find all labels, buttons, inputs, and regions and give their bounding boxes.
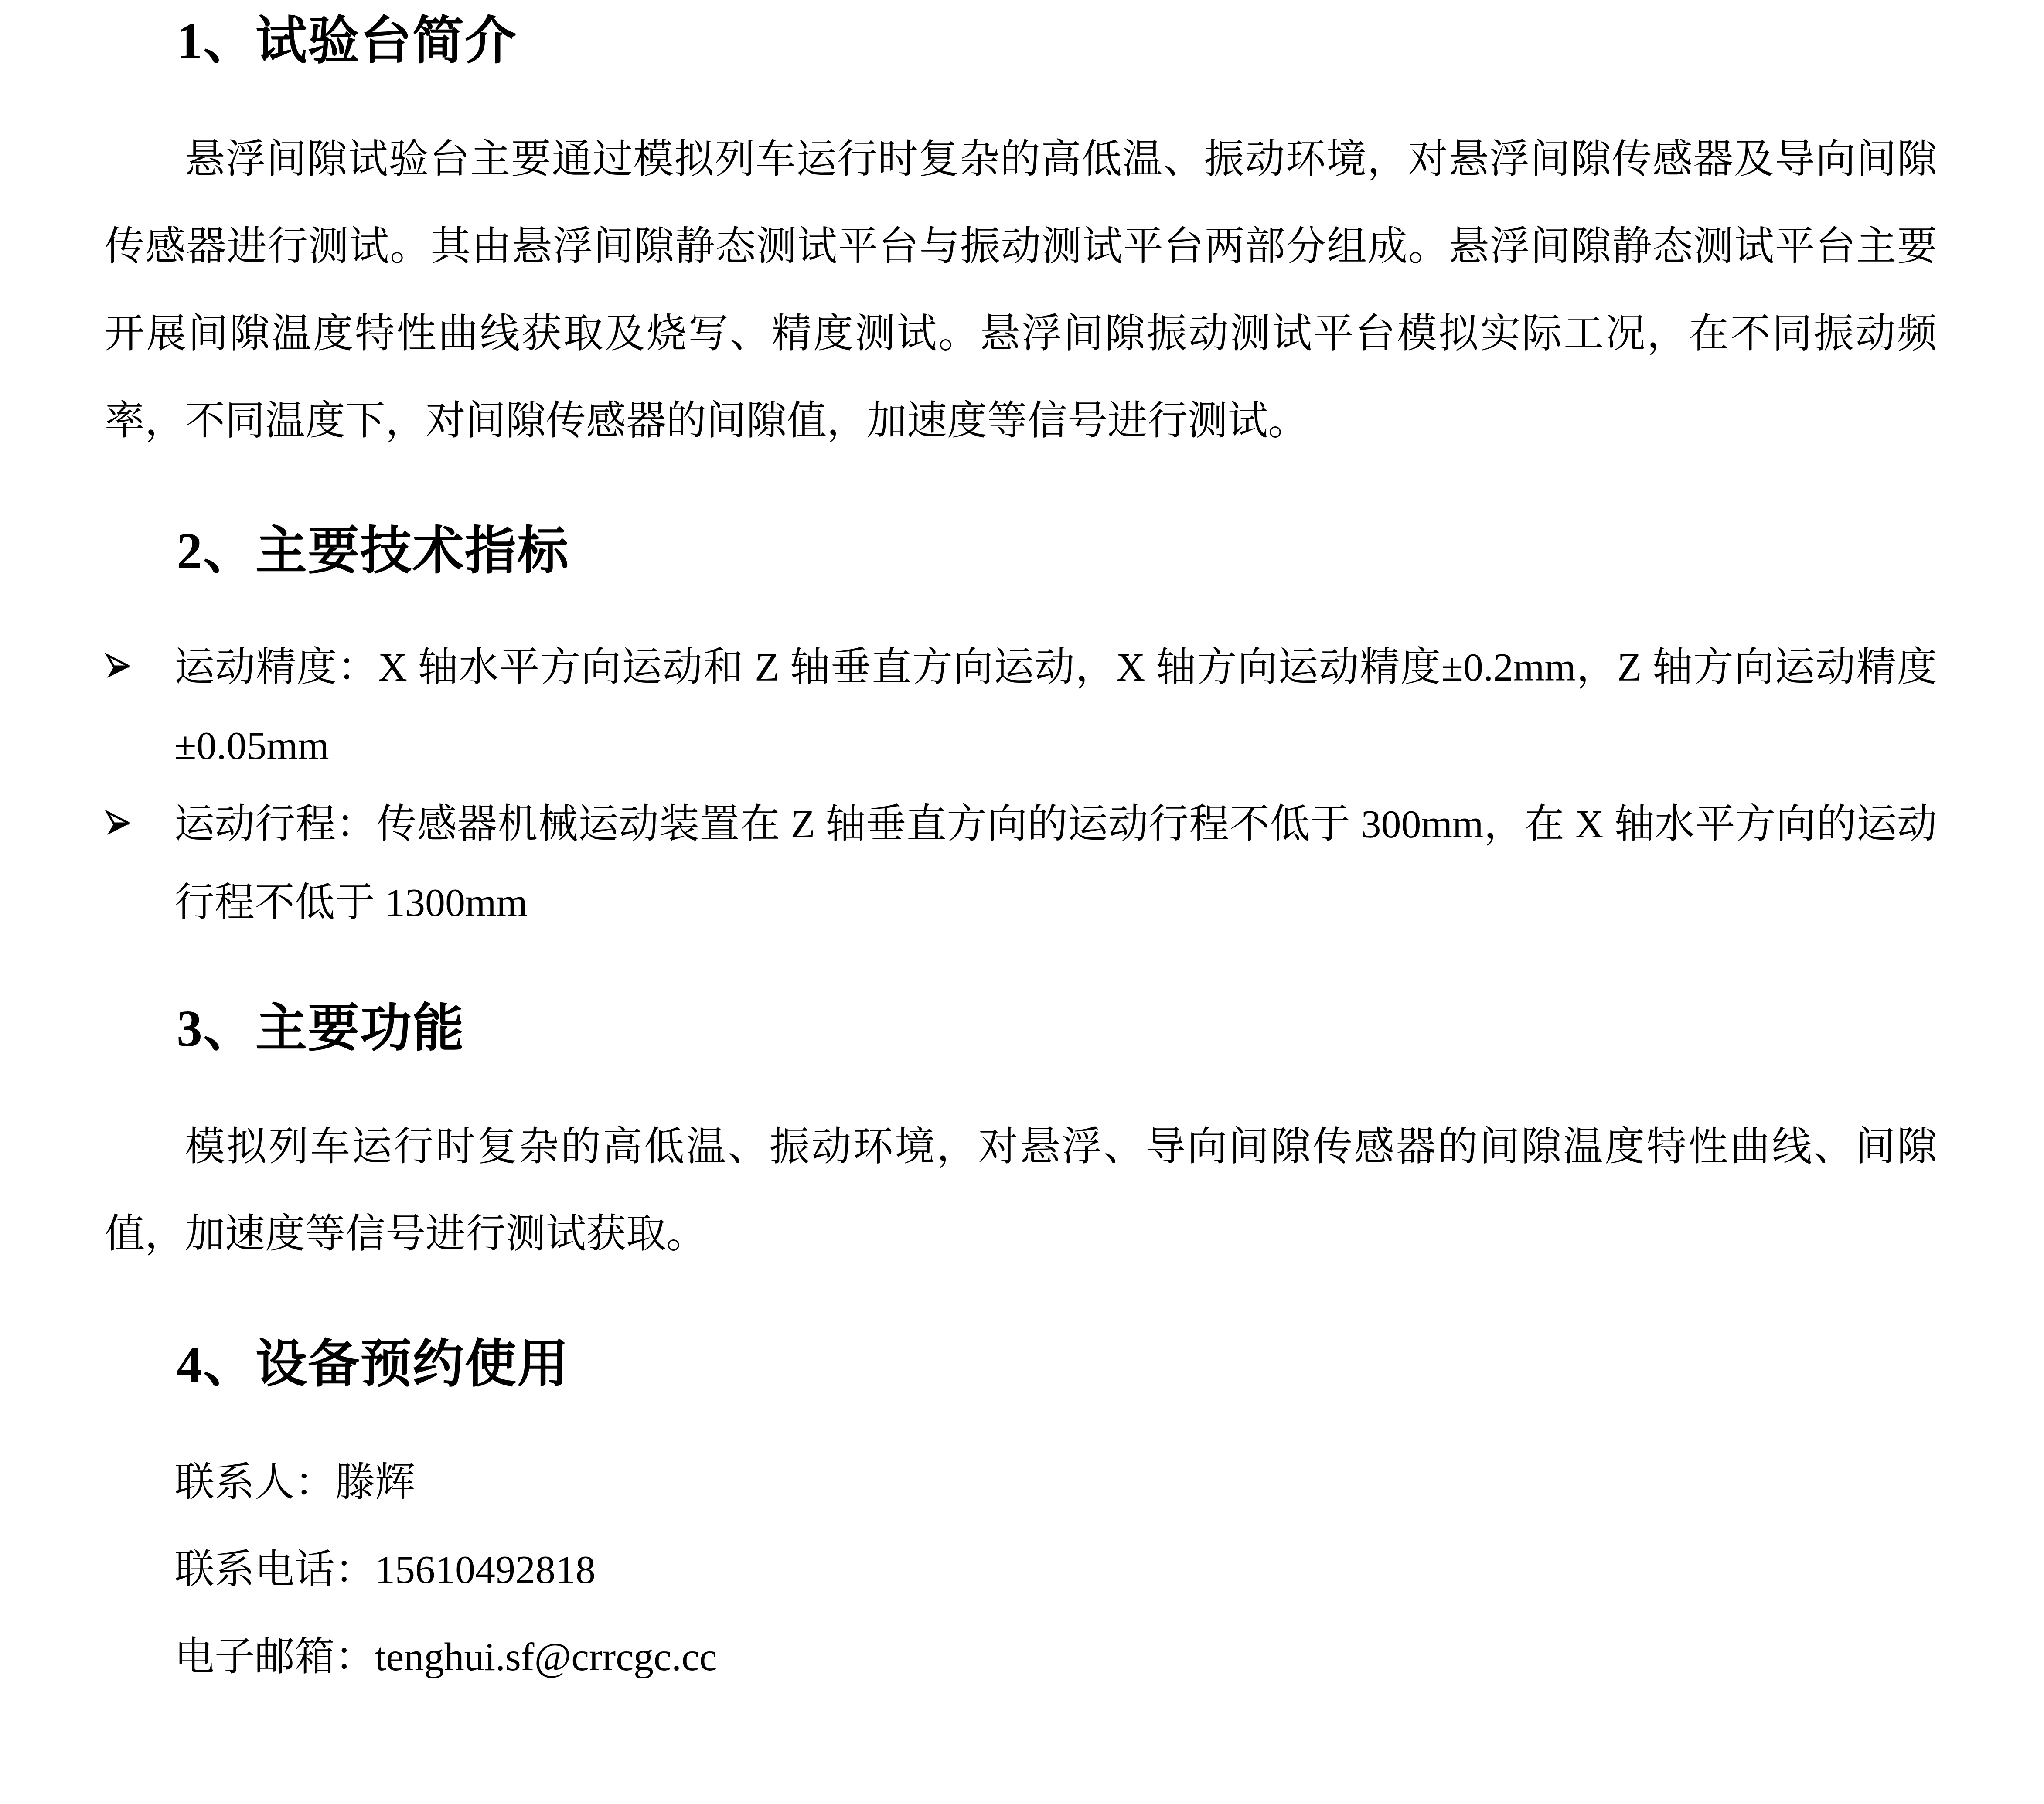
contact-name-line: 联系人：滕辉 [174,1439,1937,1526]
section-4-heading: 4、设备预约使用 [177,1332,1937,1397]
document-page: 1、试验台简介 悬浮间隙试验台主要通过模拟列车运行时复杂的高低温、振动环境，对悬… [0,0,2044,1804]
section-3-heading: 3、主要功能 [177,996,1937,1062]
contact-name-value: 滕辉 [335,1460,415,1504]
section-1-paragraph: 悬浮间隙试验台主要通过模拟列车运行时复杂的高低温、振动环境，对悬浮间隙传感器及导… [105,116,1937,464]
arrowhead-bullet-icon [105,785,174,837]
section-2-heading: 2、主要技术指标 [177,519,1937,584]
contact-phone-value: 15610492818 [375,1547,596,1592]
contact-phone-line: 联系电话：15610492818 [174,1526,1937,1613]
contact-block: 联系人：滕辉 联系电话：15610492818 电子邮箱：tenghui.sf@… [174,1439,1937,1700]
spec-item-text: 运动行程：传感器机械运动装置在 Z 轴垂直方向的运动行程不低于 300mm，在 … [174,785,1937,942]
section-1-heading: 1、试验台简介 [177,9,1937,74]
arrowhead-bullet-icon [105,628,174,680]
contact-email-label: 电子邮箱： [174,1634,375,1679]
contact-email-line: 电子邮箱：tenghui.sf@crrcgc.cc [174,1613,1937,1700]
spec-list: 运动精度：X 轴水平方向运动和 Z 轴垂直方向运动，X 轴方向运动精度±0.2m… [105,628,1937,942]
spec-item-motion-travel: 运动行程：传感器机械运动装置在 Z 轴垂直方向的运动行程不低于 300mm，在 … [105,785,1937,942]
section-3-paragraph: 模拟列车运行时复杂的高低温、振动环境，对悬浮、导向间隙传感器的间隙温度特性曲线、… [105,1103,1937,1277]
contact-email-value: tenghui.sf@crrcgc.cc [375,1634,717,1679]
contact-name-label: 联系人： [174,1460,335,1504]
spec-item-motion-precision: 运动精度：X 轴水平方向运动和 Z 轴垂直方向运动，X 轴方向运动精度±0.2m… [105,628,1937,785]
spec-item-text: 运动精度：X 轴水平方向运动和 Z 轴垂直方向运动，X 轴方向运动精度±0.2m… [174,628,1937,785]
contact-phone-label: 联系电话： [174,1547,375,1592]
